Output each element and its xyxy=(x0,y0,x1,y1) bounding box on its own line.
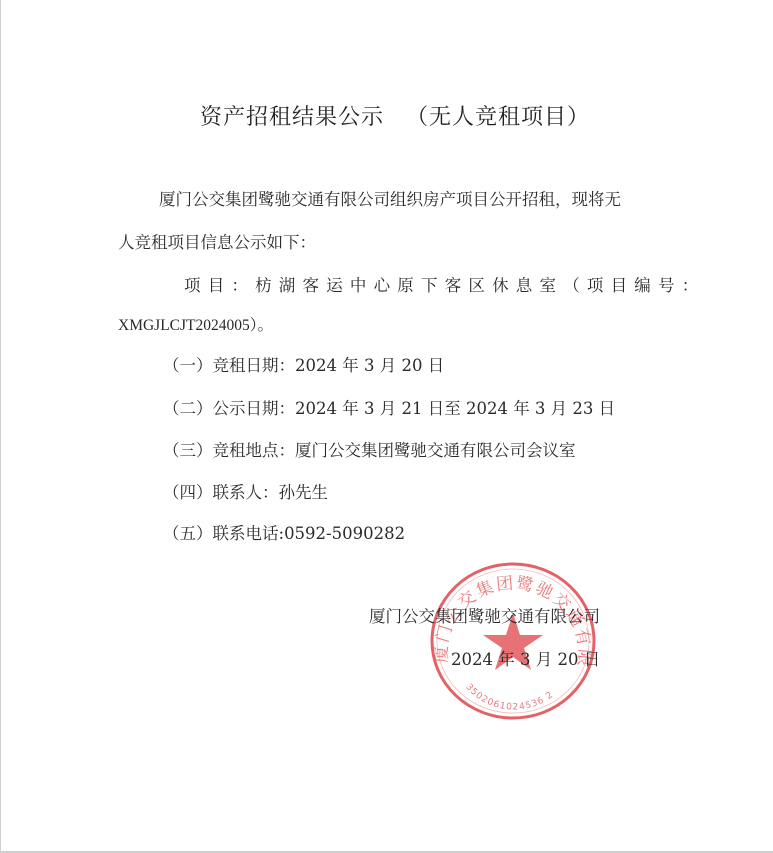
item-publicity-date: （二）公示日期：2024 年 3 月 21 日至 2024 年 3 月 23 日 xyxy=(163,395,615,419)
page-title: 资产招租结果公示（无人竞租项目） xyxy=(1,100,773,131)
item-bid-date: （一）竞租日期：2024 年 3 月 20 日 xyxy=(163,352,444,376)
project-line-1: 项目：枋湖客运中心原下客区休息室（项目编号： xyxy=(184,272,705,296)
item-contact-person: （四）联系人：孙先生 xyxy=(163,479,328,503)
item-label: （一）竞租日期： xyxy=(163,356,295,375)
intro-paragraph-line-2: 人竞租项目信息公示如下： xyxy=(118,229,316,253)
item-bid-location: （三）竞租地点：厦门公交集团鹭驰交通有限公司会议室 xyxy=(163,437,576,461)
item-value: 孙先生 xyxy=(279,483,329,502)
item-label: （三）竞租地点： xyxy=(163,441,295,460)
title-sub: （无人竞租项目） xyxy=(406,105,590,130)
item-value: 0592-5090282 xyxy=(284,524,405,543)
item-value: 2024 年 3 月 21 日至 2024 年 3 月 23 日 xyxy=(295,399,615,418)
document-page: 资产招租结果公示（无人竞租项目） 厦门公交集团鹭驰交通有限公司组织房产项目公开招… xyxy=(0,0,773,853)
item-value: 厦门公交集团鹭驰交通有限公司会议室 xyxy=(295,441,576,460)
intro-paragraph-line-1: 厦门公交集团鹭驰交通有限公司组织房产项目公开招租，现将无 xyxy=(159,186,621,210)
signature-company: 厦门公交集团鹭驰交通有限公司 xyxy=(369,603,600,627)
official-seal-stamp: 厦门公交集团鹭驰交通有限公司 3502061024536 2 xyxy=(428,560,598,722)
item-label: （二）公示日期： xyxy=(163,399,295,418)
item-label: （四）联系人： xyxy=(163,483,279,502)
item-value: 2024 年 3 月 20 日 xyxy=(295,356,444,375)
item-contact-phone: （五）联系电话:0592-5090282 xyxy=(163,520,405,544)
item-label: （五）联系电话: xyxy=(163,524,284,543)
signature-date: 2024 年 3 月 20 日 xyxy=(451,646,600,670)
title-main: 资产招租结果公示 xyxy=(200,105,384,130)
project-code-line: XMGJLCJT2024005）。 xyxy=(118,313,273,335)
